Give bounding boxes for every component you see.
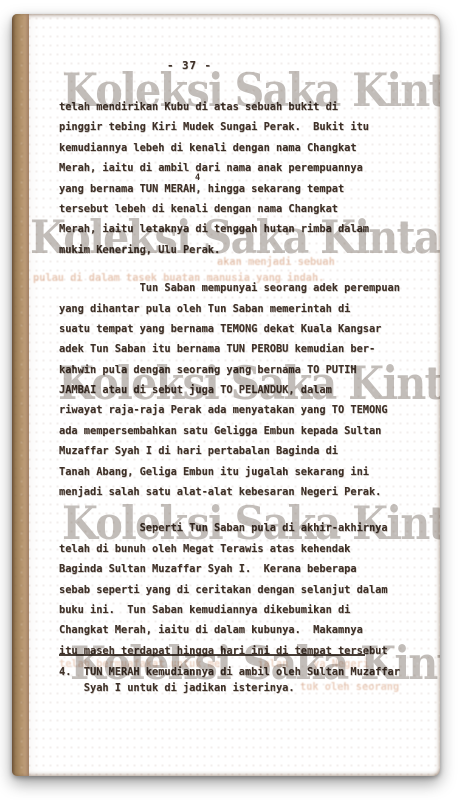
text-line: telah mendirikan Kubu di atas sebuah buk… — [59, 97, 415, 117]
text-line: sebab seperti yang di ceritakan dengan s… — [59, 580, 415, 600]
text-line: suatu tempat yang bernama TEMONG dekat K… — [59, 319, 415, 339]
text-line: kemudiannya lebeh di kenali dengan nama … — [59, 138, 415, 158]
footnote-line: 4. TUN MERAH kemudiannya di ambil oleh S… — [59, 664, 400, 680]
scanned-page: akan menjadi sebuah pulau di dalam tasek… — [12, 14, 440, 776]
text-line: telah di bunuh oleh Megat Terawis atas k… — [59, 539, 415, 559]
text-line: menjadi salah satu alat-alat kebesaran N… — [59, 482, 415, 502]
paragraph-1: telah mendirikan Kubu di atas sebuah buk… — [59, 97, 415, 260]
text-line: itu maseh terdapat hingga hari ini di te… — [59, 641, 415, 661]
text-line: Baginda Sultan Muzaffar Syah I. Kerana b… — [59, 559, 415, 579]
text-line: Changkat Merah, iaitu di dalam kubunya. … — [59, 620, 415, 640]
text-line: yang dihantar pula oleh Tun Saban memeri… — [59, 299, 415, 319]
paragraph-2: Tun Saban mempunyai seorang adek perempu… — [59, 278, 415, 502]
text-line: JAMBAI atau di sebut juga TO PELANDUK, d… — [59, 380, 415, 400]
text-line: tersebut lebeh di kenali dengan nama Cha… — [59, 199, 415, 219]
text-line: pinggir tebing Kiri Mudek Sungai Perak. … — [59, 117, 415, 137]
screenshot-background: { "document": { "page_number": "- 37 -",… — [0, 0, 460, 800]
text-line: adek Tun Saban itu bernama TUN PEROBU ke… — [59, 339, 415, 359]
book-spine-edge — [12, 14, 29, 776]
footnote-rule — [59, 654, 365, 656]
text-line: buku ini. Tun Saban kemudiannya dikebumi… — [59, 600, 415, 620]
text-line: Tanah Abang, Geliga Embun itu jugalah se… — [59, 462, 415, 482]
footnote-reference-superscript: 4 — [195, 173, 200, 183]
text-line: Tun Saban mempunyai seorang adek perempu… — [59, 278, 415, 298]
text-line: ada mempersembahkan satu Geligga Embun k… — [59, 421, 415, 441]
footnote: 4. TUN MERAH kemudiannya di ambil oleh S… — [59, 664, 400, 696]
text-line: Merah, iaitu letaknya di tenggah hutan r… — [59, 219, 415, 239]
text-line: Muzaffar Syah I di hari pertabalan Bagin… — [59, 441, 415, 461]
page-number: - 37 - — [167, 59, 212, 72]
text-line: mukim Kenering, Ulu Perak. — [59, 240, 415, 260]
text-line: Merah, iaitu di ambil dari nama anak per… — [59, 158, 415, 178]
text-line: Seperti Tun Saban pula di akhir-akhirnya — [59, 518, 415, 538]
text-line: riwayat raja-raja Perak ada menyatakan y… — [59, 400, 415, 420]
body-text: telah mendirikan Kubu di atas sebuah buk… — [59, 97, 415, 661]
paragraph-3: Seperti Tun Saban pula di akhir-akhirnya… — [59, 518, 415, 661]
text-line: yang bernama TUN MERAH, hingga sekarang … — [59, 179, 415, 199]
text-line: kahwin pula dengan seorang yang bernama … — [59, 360, 415, 380]
footnote-line: Syah I untuk di jadikan isterinya. — [59, 680, 400, 696]
